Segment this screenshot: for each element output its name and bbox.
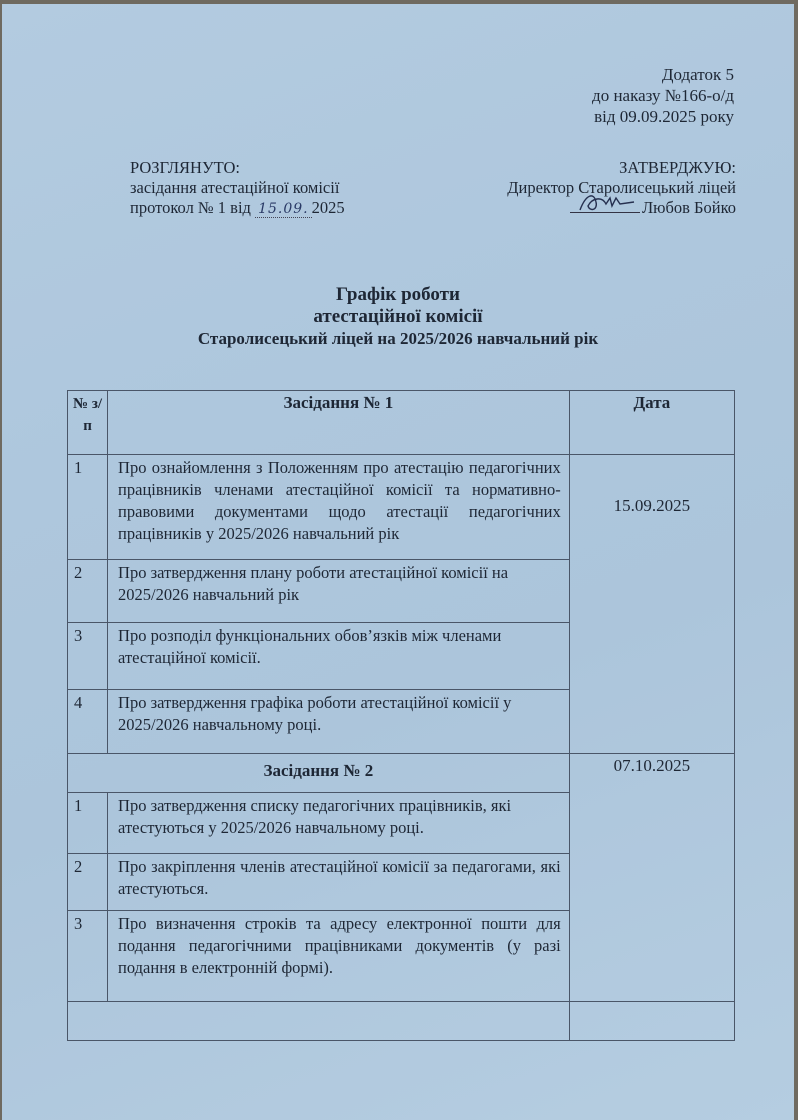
header-number: № з/п bbox=[68, 391, 108, 455]
empty-date-cell bbox=[569, 1002, 734, 1041]
handwritten-date: 15.09. bbox=[255, 201, 312, 218]
approved-heading: ЗАТВЕРДЖУЮ: bbox=[507, 158, 736, 178]
row-number: 3 bbox=[68, 623, 108, 690]
row-topic: Про визначення строків та адресу електро… bbox=[108, 911, 570, 1002]
annex-date: від 09.09.2025 року bbox=[592, 106, 734, 127]
approved-signature-line: Любов Бойко bbox=[507, 198, 736, 218]
row-number: 3 bbox=[68, 911, 108, 1002]
session-1-date: 15.09.2025 bbox=[569, 455, 734, 754]
row-number: 4 bbox=[68, 690, 108, 754]
annex-order: до наказу №166-о/д bbox=[592, 85, 734, 106]
annex-number: Додаток 5 bbox=[592, 64, 734, 85]
title-line-3: Старолисецький ліцей на 2025/2026 навчал… bbox=[2, 328, 794, 350]
table-header-row: № з/п Засідання № 1 Дата bbox=[68, 391, 735, 455]
document-title: Графік роботи атестаційної комісії Старо… bbox=[2, 284, 794, 350]
table-row: 1 Про ознайомлення з Положенням про атес… bbox=[68, 455, 735, 560]
row-topic: Про ознайомлення з Положенням про атеста… bbox=[108, 455, 570, 560]
approved-block: ЗАТВЕРДЖУЮ: Директор Старолисецький ліце… bbox=[507, 158, 736, 218]
considered-protocol: протокол № 1 від 15.09.2025 bbox=[130, 198, 345, 219]
protocol-prefix: протокол № 1 від bbox=[130, 198, 251, 217]
empty-row bbox=[68, 1002, 735, 1041]
session-2-header-row: Засідання № 2 07.10.2025 bbox=[68, 754, 735, 793]
header-date: Дата bbox=[569, 391, 734, 455]
row-number: 1 bbox=[68, 793, 108, 854]
header-session-1: Засідання № 1 bbox=[108, 391, 570, 455]
row-number: 2 bbox=[68, 560, 108, 623]
annex-reference: Додаток 5 до наказу №166-о/д від 09.09.2… bbox=[592, 64, 734, 127]
title-line-1: Графік роботи bbox=[2, 284, 794, 306]
considered-heading: РОЗГЛЯНУТО: bbox=[130, 158, 345, 178]
signatory-name: Любов Бойко bbox=[642, 198, 736, 217]
empty-cell bbox=[68, 1002, 570, 1041]
title-line-2: атестаційної комісії bbox=[2, 306, 794, 328]
row-number: 2 bbox=[68, 854, 108, 911]
considered-body: засідання атестаційної комісії bbox=[130, 178, 345, 198]
session-2-heading: Засідання № 2 bbox=[68, 754, 570, 793]
row-topic: Про затвердження графіка роботи атестаці… bbox=[108, 690, 570, 754]
row-topic: Про затвердження плану роботи атестаційн… bbox=[108, 560, 570, 623]
row-topic: Про затвердження списку педагогічних пра… bbox=[108, 793, 570, 854]
row-topic: Про закріплення членів атестаційної комі… bbox=[108, 854, 570, 911]
row-topic: Про розподіл функціональних обов’язків м… bbox=[108, 623, 570, 690]
row-number: 1 bbox=[68, 455, 108, 560]
schedule-table: № з/п Засідання № 1 Дата 1 Про ознайомле… bbox=[67, 390, 735, 1041]
signature-icon bbox=[570, 212, 640, 213]
session-2-date: 07.10.2025 bbox=[569, 754, 734, 1002]
protocol-year: 2025 bbox=[312, 198, 345, 217]
considered-block: РОЗГЛЯНУТО: засідання атестаційної коміс… bbox=[130, 158, 345, 219]
document-page: Додаток 5 до наказу №166-о/д від 09.09.2… bbox=[2, 4, 794, 1120]
